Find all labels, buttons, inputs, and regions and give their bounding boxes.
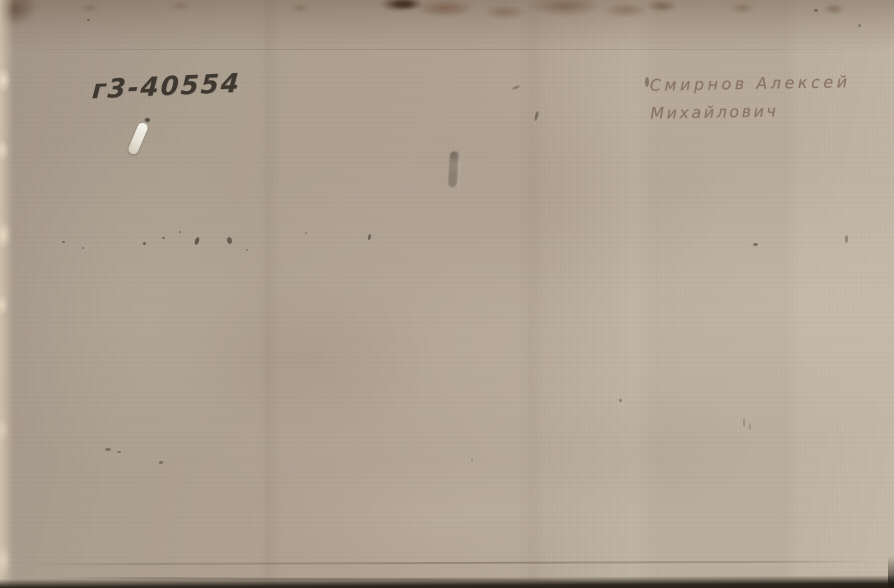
dirt-speck xyxy=(159,461,163,464)
dirt-speck xyxy=(534,111,540,121)
artist-name-inscription: Смирнов Алексей Михайлович xyxy=(650,68,852,127)
bottom-right-corner-shadow xyxy=(888,556,894,588)
inventory-number-inscription: г3-40554 xyxy=(91,69,242,106)
canvas-verso-photo: г3-40554 Смирнов Алексей Михайлович xyxy=(0,0,894,588)
artist-name-line1: Смирнов Алексей xyxy=(650,68,851,99)
dirt-speck xyxy=(62,241,65,243)
bottom-crease-line xyxy=(20,560,880,565)
dirt-speck xyxy=(87,19,90,21)
dirt-speck xyxy=(858,24,861,27)
dirt-speck xyxy=(179,231,181,233)
dirt-speck xyxy=(367,234,371,240)
dirt-speck xyxy=(743,418,745,427)
dirt-speck xyxy=(82,247,84,249)
dirt-speck xyxy=(105,448,111,451)
dirt-speck xyxy=(753,243,758,246)
dirt-speck xyxy=(619,399,622,402)
dirt-speck xyxy=(194,237,200,246)
dirt-speck xyxy=(512,85,521,91)
left-frayed-edge xyxy=(0,0,14,588)
dirt-speck xyxy=(226,237,232,245)
dirt-speck xyxy=(749,423,751,430)
top-center-dark-stain xyxy=(386,0,428,12)
dirt-speck xyxy=(162,237,165,239)
gray-scratch-mark xyxy=(448,151,461,189)
white-chalk-mark-dark-tip xyxy=(145,118,150,122)
dirt-speck xyxy=(117,451,121,453)
dirt-speck xyxy=(143,242,146,245)
dirt-speck xyxy=(305,232,307,234)
dirt-speck xyxy=(645,77,649,87)
artist-name-line2: Михайлович xyxy=(650,96,851,127)
top-seam-line xyxy=(0,49,894,50)
white-chalk-mark xyxy=(127,121,149,155)
dirt-speck xyxy=(814,9,818,12)
dirt-speck xyxy=(246,249,248,251)
dirt-speck xyxy=(471,459,473,461)
dirt-speck xyxy=(845,235,848,243)
top-edge-brown-stains xyxy=(0,0,894,36)
